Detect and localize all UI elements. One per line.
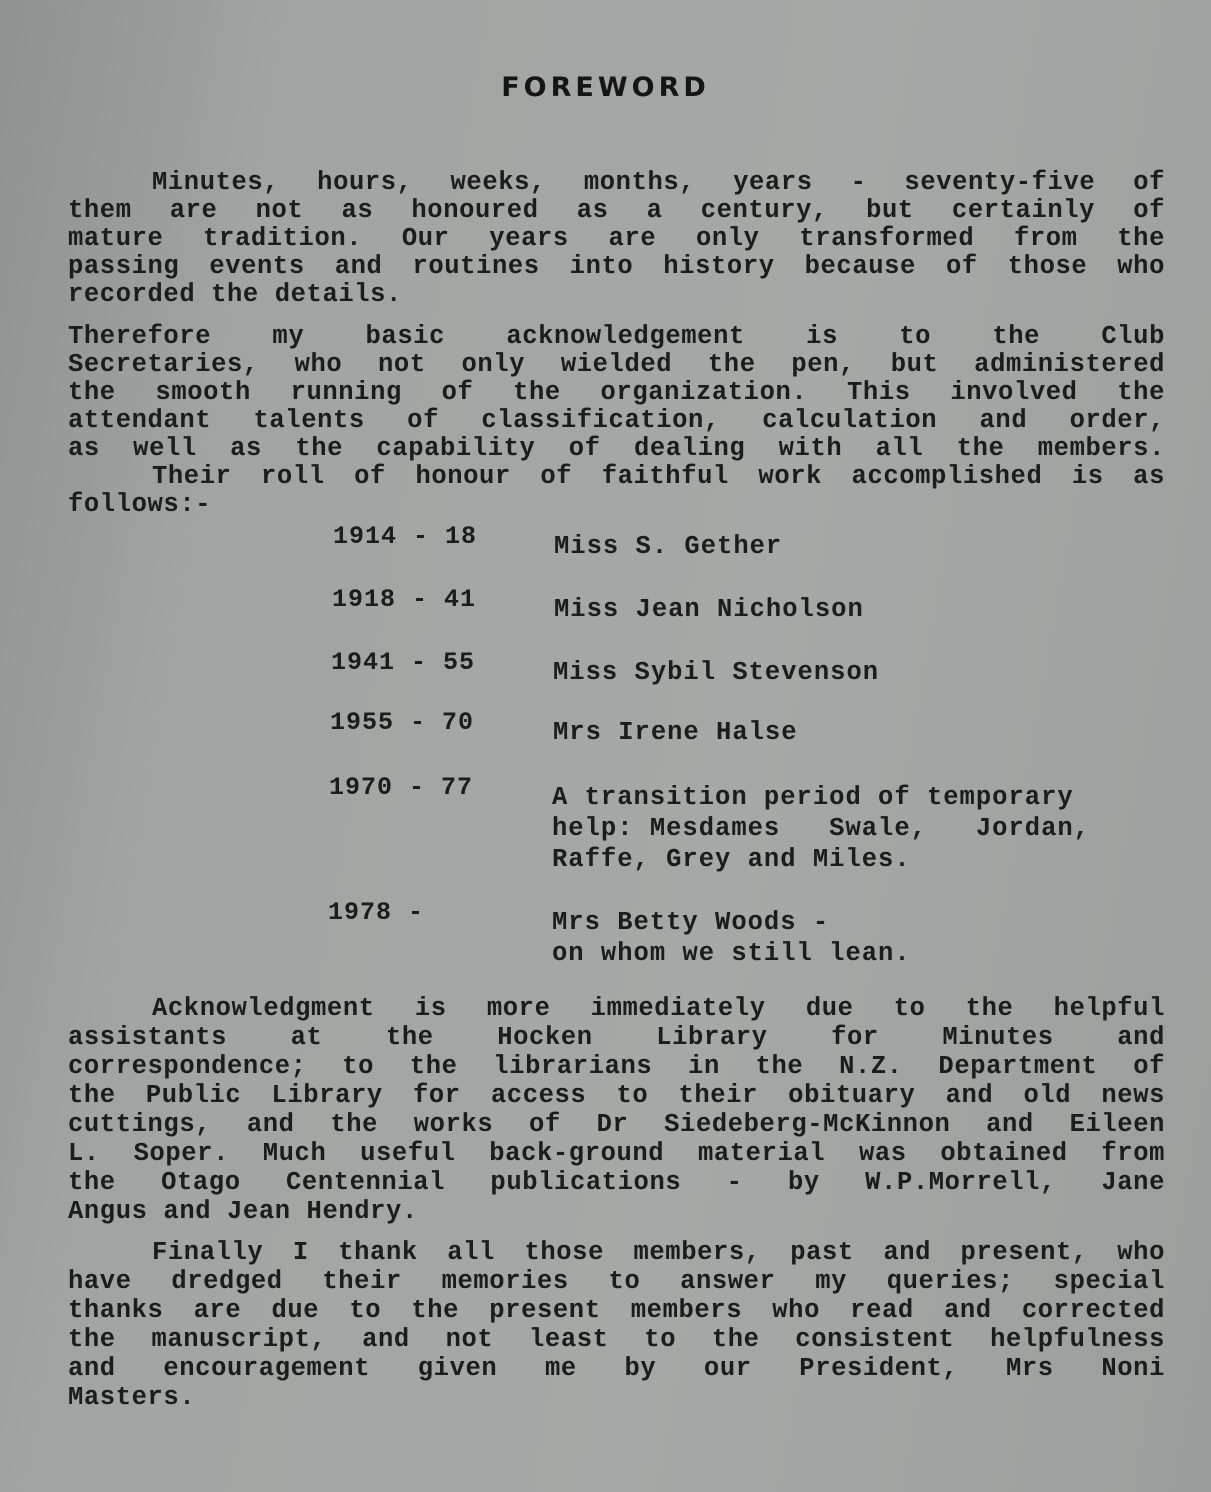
secretary-name: Raffe, Grey and Miles. — [552, 845, 911, 874]
secretary-name: Miss S. Gether — [554, 532, 782, 561]
secretary-years: 1941 - 55 — [331, 648, 475, 677]
paragraph-4-line: Masters. — [68, 1383, 1165, 1412]
secretary-name: A transition period of temporary — [552, 783, 1074, 812]
paragraph-4-line: the manuscript, and not least to the con… — [68, 1325, 1165, 1354]
secretary-name: Mrs Irene Halse — [553, 718, 798, 747]
paragraph-3-line: the Public Library for access to their o… — [68, 1081, 1165, 1110]
page-title: FOREWORD — [0, 72, 1211, 103]
secretary-name: Mrs Betty Woods - — [552, 908, 829, 937]
secretary-name: Miss Sybil Stevenson — [553, 658, 879, 687]
paragraph-2-line: as well as the capability of dealing wit… — [68, 434, 1165, 463]
paragraph-2-line: Therefore my basic acknowledgement is to… — [68, 322, 1165, 351]
secretary-name: on whom we still lean. — [552, 939, 911, 968]
paragraph-2-line: Their roll of honour of faithful work ac… — [152, 462, 1165, 491]
secretary-name: Miss Jean Nicholson — [554, 595, 864, 624]
secretary-years: 1914 - 18 — [333, 522, 477, 551]
paragraph-3-line: cuttings, and the works of Dr Siedeberg-… — [68, 1110, 1165, 1139]
secretary-name: help: Mesdames Swale, Jordan, — [552, 814, 1090, 843]
paragraph-3-line: Acknowledgment is more immediately due t… — [152, 994, 1165, 1023]
paragraph-3-line: Angus and Jean Hendry. — [68, 1197, 1165, 1226]
paragraph-3-line: the Otago Centennial publications - by W… — [68, 1168, 1165, 1197]
paragraph-2-line: Secretaries, who not only wielded the pe… — [68, 350, 1165, 379]
paragraph-1-line: mature tradition. Our years are only tra… — [68, 224, 1165, 253]
document-page: FOREWORD Minutes, hours, weeks, months, … — [0, 0, 1211, 1492]
paragraph-2-line: follows:- — [68, 490, 1165, 519]
paragraph-3-line: assistants at the Hocken Library for Min… — [68, 1023, 1165, 1052]
secretary-years: 1955 - 70 — [330, 708, 474, 737]
paragraph-4-line: have dredged their memories to answer my… — [68, 1267, 1165, 1296]
paragraph-4-line: and encouragement given me by our Presid… — [68, 1354, 1165, 1383]
paragraph-4-line: Finally I thank all those members, past … — [152, 1238, 1165, 1267]
paragraph-1-line: recorded the details. — [68, 280, 1165, 309]
secretary-years: 1918 - 41 — [332, 585, 476, 614]
paragraph-3-line: correspondence; to the librarians in the… — [68, 1052, 1165, 1081]
secretary-years: 1978 - — [328, 898, 424, 927]
paragraph-2-line: attendant talents of classification, cal… — [68, 406, 1165, 435]
paragraph-2-line: the smooth running of the organization. … — [68, 378, 1165, 407]
paragraph-1-line: them are not as honoured as a century, b… — [68, 196, 1165, 225]
paragraph-1-line: Minutes, hours, weeks, months, years - s… — [152, 168, 1165, 197]
secretary-years: 1970 - 77 — [329, 773, 473, 802]
paragraph-3-line: L. Soper. Much useful back-ground materi… — [68, 1139, 1165, 1168]
paragraph-1-line: passing events and routines into history… — [68, 252, 1165, 281]
paragraph-4-line: thanks are due to the present members wh… — [68, 1296, 1165, 1325]
